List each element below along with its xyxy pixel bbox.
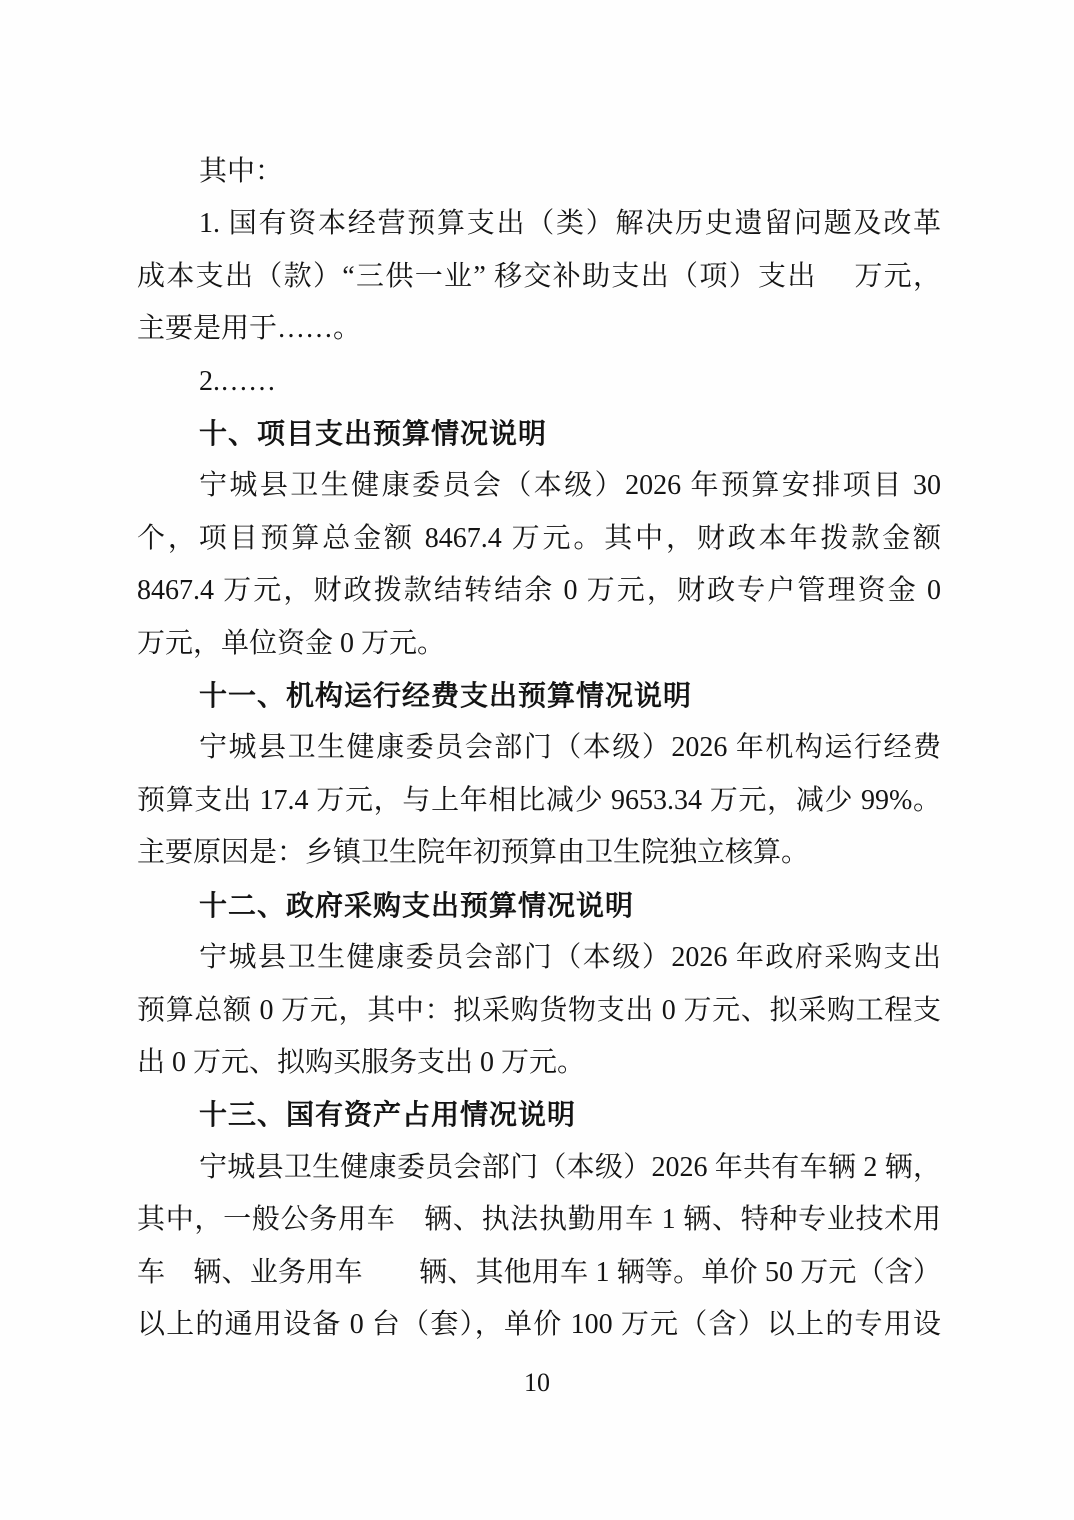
section-10-line-1: 宁城县卫生健康委员会（本级）2026 年预算安排项目 30 [137,460,941,512]
section-11-line-3: 主要原因是：乡镇卫生院年初预算由卫生院独立核算。 [137,827,941,879]
section-12-line-3: 出 0 万元、拟购买服务支出 0 万元。 [137,1037,941,1089]
list-item-1-line-1: 1. 国有资本经营预算支出（类）解决历史遗留问题及改革 [137,198,941,250]
list-item-1-line-2: 成本支出（款）“三供一业” 移交补助支出（项）支出 万元， [137,251,941,303]
section-13-line-2: 其中，一般公务用车 辆、执法执勤用车 1 辆、特种专业技术用 [137,1194,941,1246]
section-12-heading: 十二、政府采购支出预算情况说明 [137,880,941,932]
section-13-line-1: 宁城县卫生健康委员会部门（本级）2026 年共有车辆 2 辆， [137,1142,941,1194]
list-item-1-line-3: 主要是用于……。 [137,303,941,355]
intro-label: 其中： [137,146,941,198]
document-page: 其中： 1. 国有资本经营预算支出（类）解决历史遗留问题及改革 成本支出（款）“… [0,0,1074,1520]
page-number: 10 [0,1368,1074,1398]
section-10-heading: 十、项目支出预算情况说明 [137,408,941,460]
section-10-line-2: 个，项目预算总金额 8467.4 万元。其中，财政本年拨款金额 [137,513,941,565]
section-12-line-1: 宁城县卫生健康委员会部门（本级）2026 年政府采购支出 [137,932,941,984]
section-11-line-2: 预算支出 17.4 万元，与上年相比减少 9653.34 万元，减少 99%。 [137,775,941,827]
section-10-line-4: 万元，单位资金 0 万元。 [137,618,941,670]
section-10-line-3: 8467.4 万元，财政拨款结转结余 0 万元，财政专户管理资金 0 [137,565,941,617]
document-body: 其中： 1. 国有资本经营预算支出（类）解决历史遗留问题及改革 成本支出（款）“… [137,146,941,1351]
section-11-heading: 十一、机构运行经费支出预算情况说明 [137,670,941,722]
section-11-line-1: 宁城县卫生健康委员会部门（本级）2026 年机构运行经费 [137,722,941,774]
section-13-line-4: 以上的通用设备 0 台（套），单价 100 万元（含）以上的专用设 [137,1299,941,1351]
list-item-2: 2.…… [137,356,941,408]
section-13-line-3: 车 辆、业务用车 辆、其他用车 1 辆等。单价 50 万元（含） [137,1247,941,1299]
section-12-line-2: 预算总额 0 万元，其中：拟采购货物支出 0 万元、拟采购工程支 [137,985,941,1037]
section-13-heading: 十三、国有资产占用情况说明 [137,1089,941,1141]
